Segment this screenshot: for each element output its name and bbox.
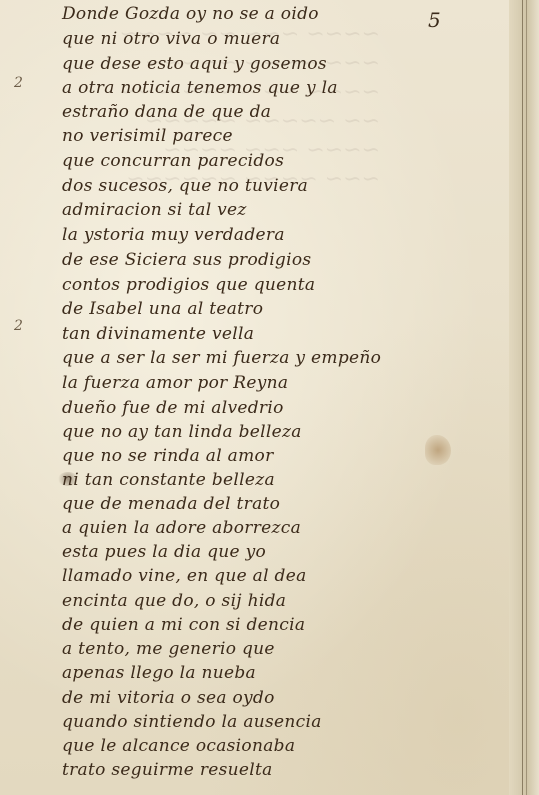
ink-stain: [425, 435, 451, 465]
text-line: la ystoria muy verdadera: [62, 225, 285, 245]
text-line: llamado vine, en que al dea: [62, 566, 307, 586]
text-line: que no ay tan linda belleza: [62, 422, 302, 442]
text-line: Donde Gozda oy no se a oido: [62, 4, 319, 24]
text-line: esta pues la dia que yo: [62, 542, 266, 562]
manuscript-page: ~~~~ ~~~ ~~ ~~~~ ~~~ ~~~~ ~~~~~ ~~~~ ~~ …: [0, 0, 539, 795]
text-line: quando sintiendo la ausencia: [62, 712, 322, 732]
text-line: no verisimil parece: [62, 126, 233, 146]
text-line: que le alcance ocasionaba: [62, 736, 295, 756]
text-line: encinta que do, o sij hida: [62, 591, 286, 611]
margin-mark: 2: [14, 318, 23, 334]
text-line: a otra noticia tenemos que y la: [62, 78, 338, 98]
text-line: admiracion si tal vez: [62, 200, 247, 220]
text-line: de quien a mi con si dencia: [62, 615, 305, 635]
text-line: de Isabel una al teatro: [62, 299, 263, 319]
page-edge: [509, 0, 539, 795]
text-line: estraño dana de que da: [62, 102, 271, 122]
text-line: que no se rinda al amor: [62, 446, 274, 466]
text-line: contos prodigios que quenta: [62, 275, 315, 295]
text-line: de mi vitoria o sea oydo: [62, 688, 275, 708]
text-line: de ese Siciera sus prodigios: [62, 250, 311, 270]
text-line: apenas llego la nueba: [62, 663, 256, 683]
margin-mark: 2: [14, 75, 23, 91]
text-line: que dese esto aqui y gosemos: [62, 54, 327, 74]
text-line: que de menada del trato: [62, 494, 280, 514]
text-line: trato seguirme resuelta: [62, 760, 273, 780]
folio-number: 5: [428, 8, 441, 32]
text-line: a quien la adore aborrezca: [62, 518, 301, 538]
text-line: que a ser la ser mi fuerza y empeño: [62, 348, 381, 368]
text-line: ni tan constante belleza: [62, 470, 275, 490]
text-line: dos sucesos, que no tuviera: [62, 176, 308, 196]
text-line: tan divinamente vella: [62, 324, 254, 344]
text-line: que concurran parecidos: [62, 151, 284, 171]
text-line: dueño fue de mi alvedrio: [62, 398, 284, 418]
text-line: que ni otro viva o muera: [62, 29, 280, 49]
text-line: la fuerza amor por Reyna: [62, 373, 288, 393]
text-line: a tento, me generio que: [62, 639, 275, 659]
